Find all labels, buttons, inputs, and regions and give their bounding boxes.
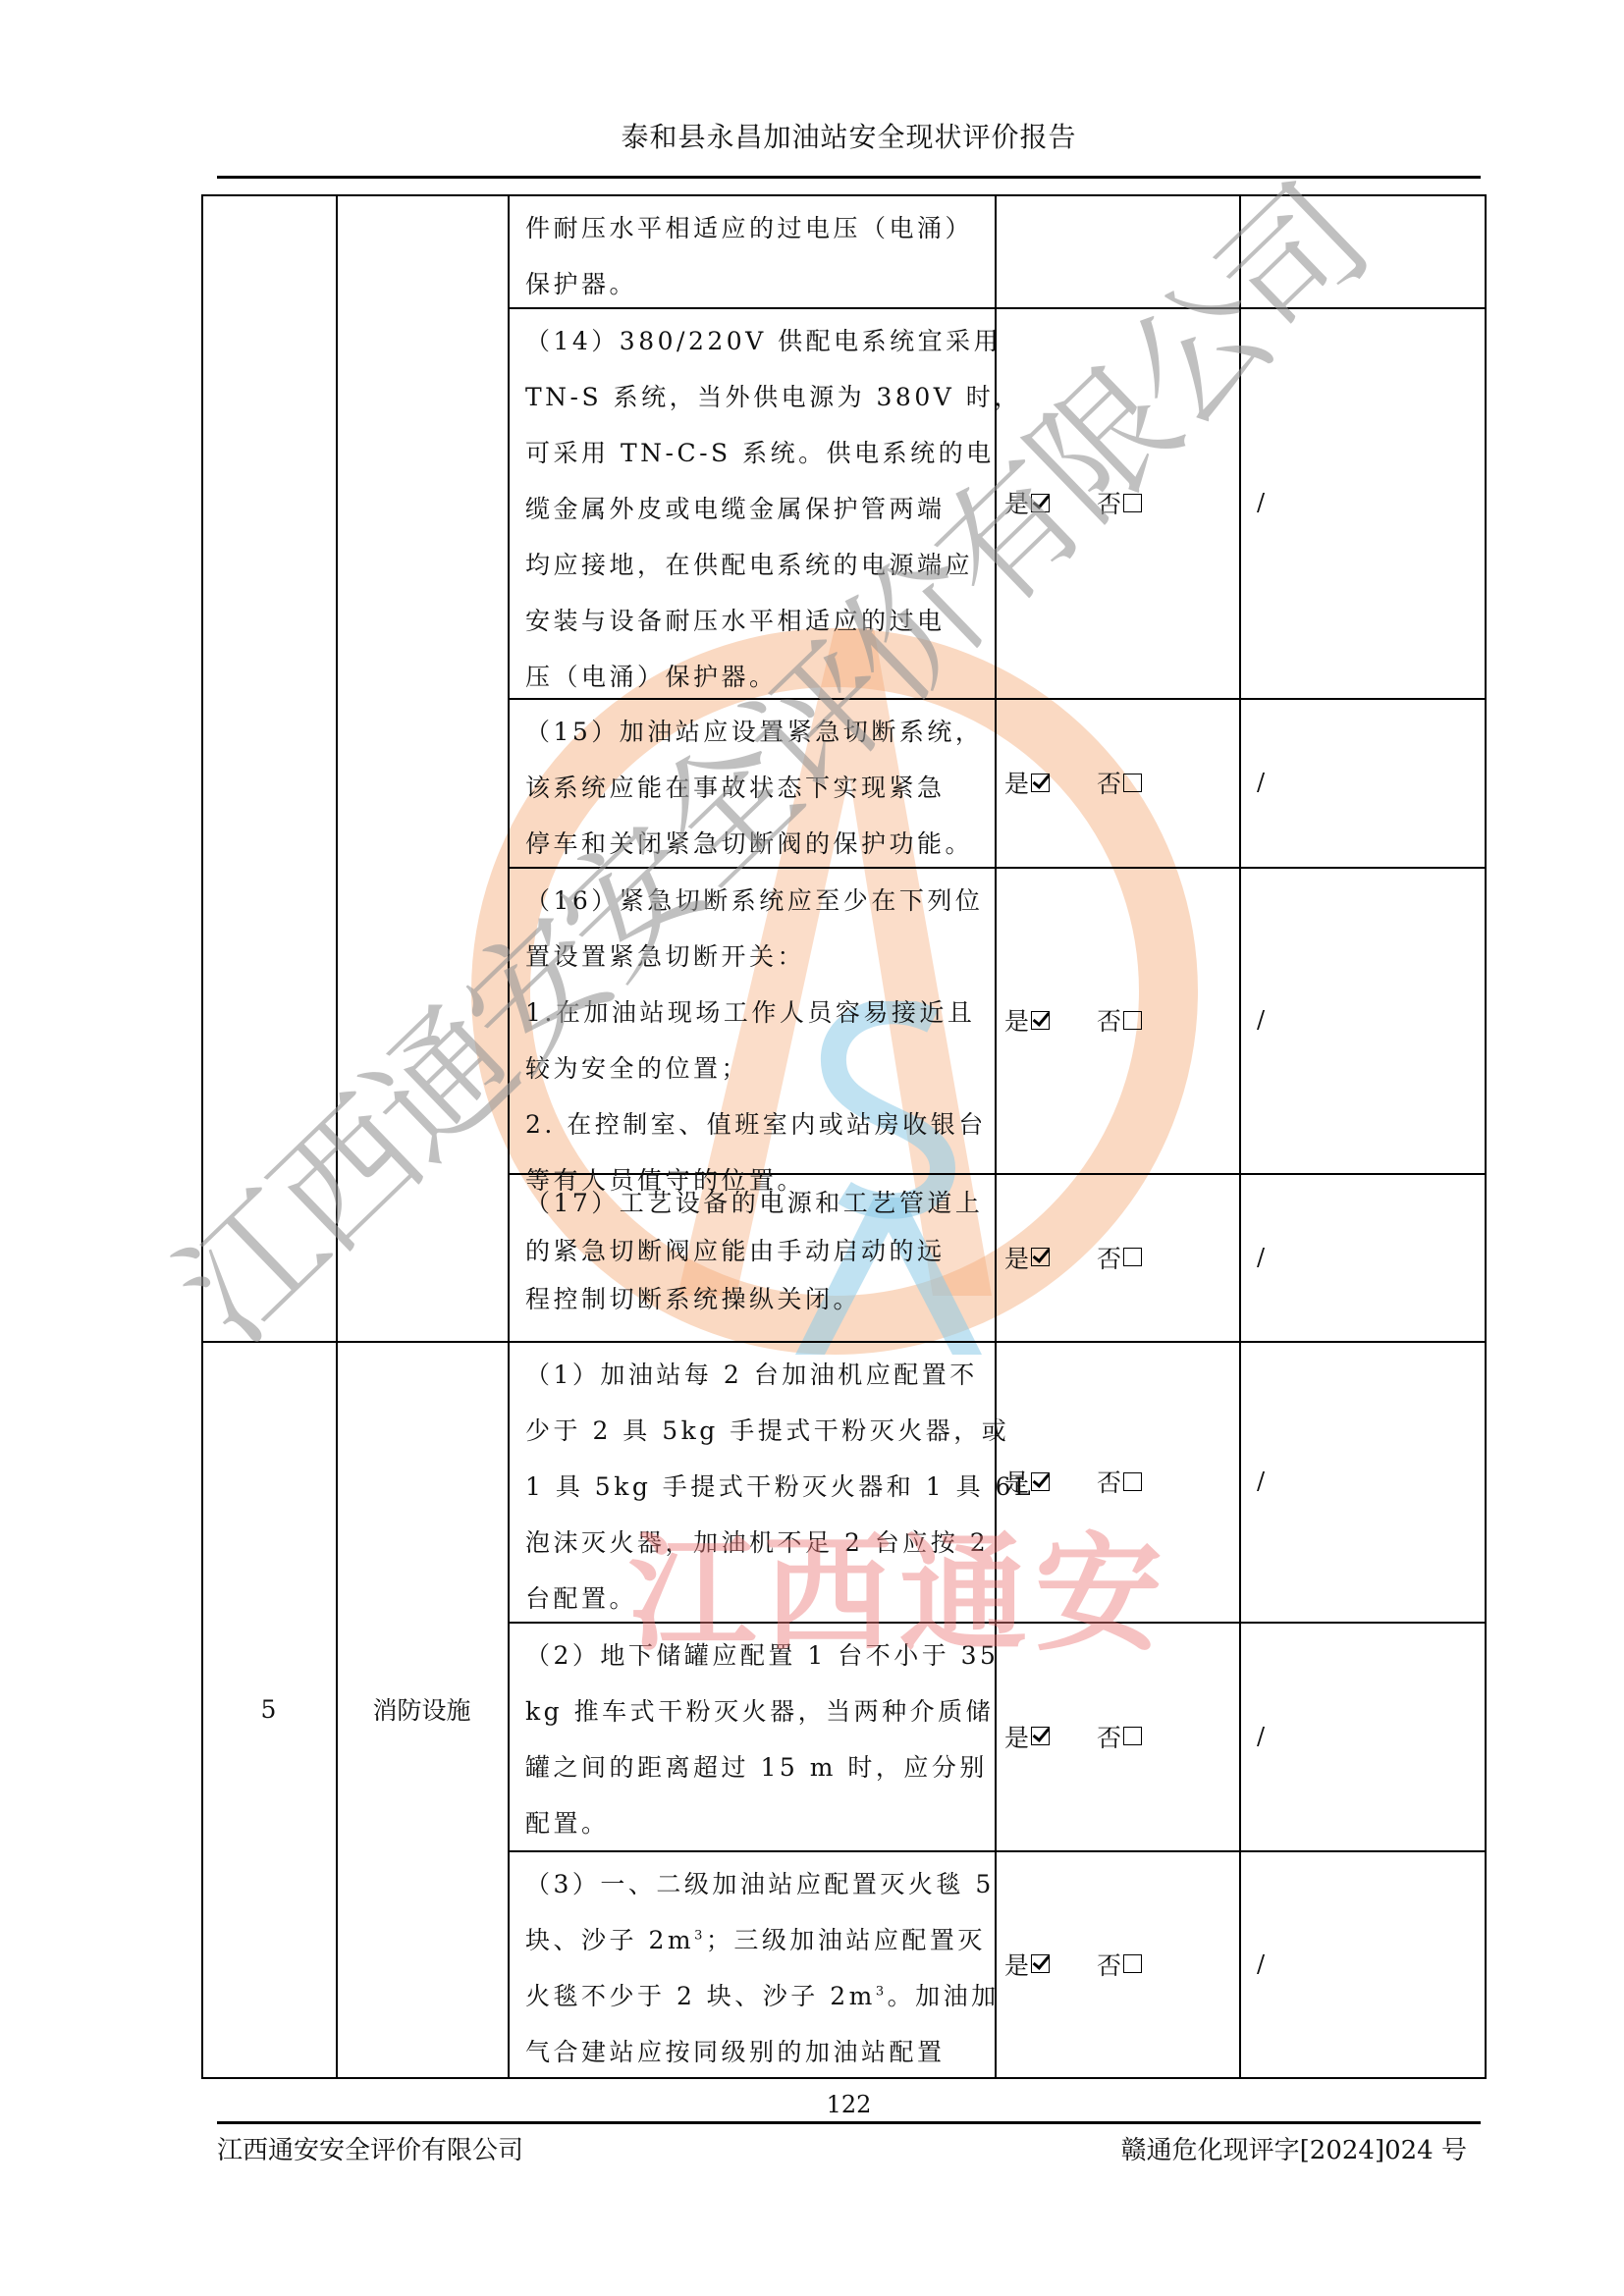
- compliance-cell: 是否: [995, 1850, 1239, 2077]
- yes-checkbox-label: 是: [1004, 1947, 1029, 1982]
- requirement-cell: （3）一、二级加油站应配置灭火毯 5块、沙子 2m3；三级加油站应配置灭火毯不少…: [508, 1850, 995, 2077]
- requirement-line: 该系统应能在事故状态下实现紧急: [525, 760, 985, 816]
- remark-cell: /: [1239, 1341, 1485, 1622]
- no-checkbox-label: 否: [1097, 1240, 1121, 1275]
- requirement-line: 气合建站应按同级别的加油站配置: [525, 2024, 985, 2080]
- remark-cell: /: [1239, 1850, 1485, 2077]
- requirement-line: 可采用 TN-C-S 系统。供电系统的电: [525, 425, 985, 481]
- requirement-cell: （15）加油站应设置紧急切断系统，该系统应能在事故状态下实现紧急停车和关闭紧急切…: [508, 698, 995, 867]
- empty-box-icon[interactable]: [1123, 1248, 1142, 1266]
- no-checkbox-label: 否: [1097, 1719, 1121, 1754]
- requirement-line: （3）一、二级加油站应配置灭火毯 5: [525, 1856, 985, 1912]
- checked-box-icon[interactable]: [1031, 1472, 1050, 1491]
- footer-company: 江西通安安全评价有限公司: [217, 2130, 523, 2166]
- section-number: 5: [201, 1341, 336, 2077]
- yes-checkbox[interactable]: 是: [1004, 765, 1050, 800]
- remark-cell: /: [1239, 1622, 1485, 1850]
- no-checkbox[interactable]: 否: [1097, 1002, 1142, 1038]
- compliance-cell: 是否: [995, 867, 1239, 1173]
- requirement-cell: 件耐压水平相适应的过电压（电涌）保护器。: [508, 194, 995, 307]
- compliance-cell: [995, 194, 1239, 307]
- requirement-line: （16）紧急切断系统应至少在下列位: [525, 873, 985, 929]
- no-checkbox[interactable]: 否: [1097, 1240, 1142, 1275]
- requirement-line: 程控制切断系统操纵关闭。: [525, 1275, 985, 1323]
- no-checkbox-label: 否: [1097, 1464, 1121, 1499]
- requirement-line: 停车和关闭紧急切断阀的保护功能。: [525, 816, 985, 872]
- requirement-cell: （1）加油站每 2 台加油机应配置不少于 2 具 5kg 手提式干粉灭火器，或1…: [508, 1341, 995, 1622]
- requirement-line: 1 具 5kg 手提式干粉灭火器和 1 具 6L: [525, 1459, 985, 1515]
- header-rule: [217, 176, 1481, 179]
- remark-cell: [1239, 194, 1485, 307]
- remark-cell: /: [1239, 1173, 1485, 1341]
- requirement-line: 较为安全的位置；: [525, 1041, 985, 1096]
- requirement-line: 配置。: [525, 1795, 985, 1851]
- empty-box-icon[interactable]: [1123, 774, 1142, 792]
- requirement-line: 件耐压水平相适应的过电压（电涌）: [525, 200, 985, 256]
- no-checkbox[interactable]: 否: [1097, 485, 1142, 520]
- no-checkbox-label: 否: [1097, 485, 1121, 520]
- yes-checkbox[interactable]: 是: [1004, 1464, 1050, 1499]
- yes-checkbox[interactable]: 是: [1004, 485, 1050, 520]
- no-checkbox[interactable]: 否: [1097, 1719, 1142, 1754]
- requirement-cell: （14）380/220V 供配电系统宜采用TN-S 系统，当外供电源为 380V…: [508, 307, 995, 698]
- yes-checkbox-label: 是: [1004, 1464, 1029, 1499]
- requirement-line: （14）380/220V 供配电系统宜采用: [525, 313, 985, 369]
- yes-checkbox-label: 是: [1004, 485, 1029, 520]
- yes-checkbox-label: 是: [1004, 1719, 1029, 1754]
- remark-cell: /: [1239, 698, 1485, 867]
- no-checkbox[interactable]: 否: [1097, 1464, 1142, 1499]
- empty-box-icon[interactable]: [1123, 494, 1142, 512]
- requirement-line: 少于 2 具 5kg 手提式干粉灭火器，或: [525, 1403, 985, 1459]
- requirement-line: （2）地下储罐应配置 1 台不小于 35: [525, 1628, 985, 1683]
- requirement-line: （1）加油站每 2 台加油机应配置不: [525, 1347, 985, 1403]
- empty-box-icon[interactable]: [1123, 1011, 1142, 1030]
- section-category: 消防设施: [336, 1341, 508, 2077]
- requirement-line: 罐之间的距离超过 15 m 时，应分别: [525, 1739, 985, 1795]
- empty-box-icon[interactable]: [1123, 1727, 1142, 1745]
- checked-box-icon[interactable]: [1031, 1011, 1050, 1030]
- requirement-line: 压（电涌）保护器。: [525, 649, 985, 705]
- yes-checkbox[interactable]: 是: [1004, 1240, 1050, 1275]
- requirement-cell: （17）工艺设备的电源和工艺管道上的紧急切断阀应能由手动启动的远程控制切断系统操…: [508, 1173, 995, 1341]
- requirement-line: 缆金属外皮或电缆金属保护管两端: [525, 481, 985, 537]
- page-number: 122: [217, 2091, 1481, 2118]
- compliance-cell: 是否: [995, 698, 1239, 867]
- checked-box-icon[interactable]: [1031, 774, 1050, 792]
- remark-cell: /: [1239, 867, 1485, 1173]
- requirement-line: 安装与设备耐压水平相适应的过电: [525, 593, 985, 649]
- page-title: 泰和县永昌加油站安全现状评价报告: [217, 116, 1481, 155]
- requirement-line: 置设置紧急切断开关：: [525, 929, 985, 985]
- remark-cell: /: [1239, 307, 1485, 698]
- empty-box-icon[interactable]: [1123, 1472, 1142, 1491]
- yes-checkbox[interactable]: 是: [1004, 1719, 1050, 1754]
- requirement-line: 块、沙子 2m3；三级加油站应配置灭: [525, 1912, 985, 1968]
- requirement-line: kg 推车式干粉灭火器，当两种介质储: [525, 1683, 985, 1739]
- no-checkbox-label: 否: [1097, 1002, 1121, 1038]
- footer-rule: [217, 2121, 1481, 2124]
- yes-checkbox-label: 是: [1004, 765, 1029, 800]
- requirement-line: 均应接地，在供配电系统的电源端应: [525, 537, 985, 593]
- no-checkbox-label: 否: [1097, 1947, 1121, 1982]
- yes-checkbox-label: 是: [1004, 1240, 1029, 1275]
- requirement-line: 泡沫灭火器，加油机不足 2 台应按 2: [525, 1515, 985, 1571]
- requirement-line: TN-S 系统，当外供电源为 380V 时，: [525, 369, 985, 425]
- checked-box-icon[interactable]: [1031, 1954, 1050, 1973]
- requirement-cell: （16）紧急切断系统应至少在下列位置设置紧急切断开关：1.在加油站现场工作人员容…: [508, 867, 995, 1173]
- yes-checkbox-label: 是: [1004, 1002, 1029, 1038]
- compliance-cell: 是否: [995, 1622, 1239, 1850]
- requirement-line: 火毯不少于 2 块、沙子 2m3。加油加: [525, 1968, 985, 2024]
- no-checkbox[interactable]: 否: [1097, 1947, 1142, 1982]
- checked-box-icon[interactable]: [1031, 1248, 1050, 1266]
- requirement-line: 的紧急切断阀应能由手动启动的远: [525, 1227, 985, 1275]
- requirement-cell: （2）地下储罐应配置 1 台不小于 35kg 推车式干粉灭火器，当两种介质储罐之…: [508, 1622, 995, 1850]
- compliance-cell: 是否: [995, 1341, 1239, 1622]
- requirement-line: 保护器。: [525, 256, 985, 312]
- requirement-line: （15）加油站应设置紧急切断系统，: [525, 704, 985, 760]
- no-checkbox[interactable]: 否: [1097, 765, 1142, 800]
- checked-box-icon[interactable]: [1031, 494, 1050, 512]
- compliance-cell: 是否: [995, 1173, 1239, 1341]
- yes-checkbox[interactable]: 是: [1004, 1002, 1050, 1038]
- requirement-line: 2. 在控制室、值班室内或站房收银台: [525, 1096, 985, 1152]
- checked-box-icon[interactable]: [1031, 1727, 1050, 1745]
- requirement-line: 1.在加油站现场工作人员容易接近且: [525, 985, 985, 1041]
- requirement-line: 台配置。: [525, 1571, 985, 1627]
- compliance-cell: 是否: [995, 307, 1239, 698]
- no-checkbox-label: 否: [1097, 765, 1121, 800]
- yes-checkbox[interactable]: 是: [1004, 1947, 1050, 1982]
- empty-box-icon[interactable]: [1123, 1954, 1142, 1973]
- requirement-line: （17）工艺设备的电源和工艺管道上: [525, 1179, 985, 1227]
- footer-doc-number: 赣通危化现评字[2024]024 号: [1121, 2130, 1467, 2166]
